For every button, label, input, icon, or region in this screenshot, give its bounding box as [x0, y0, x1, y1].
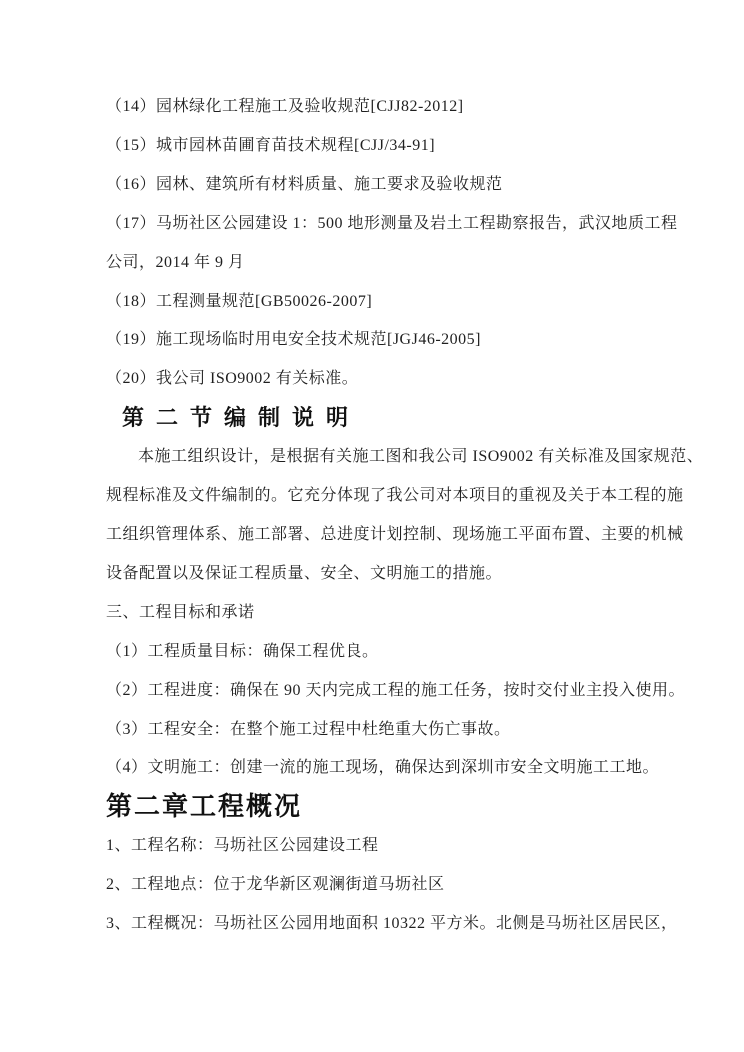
chapter-heading-project-overview: 第二章工程概况 [106, 788, 632, 827]
doc-line-ref-19: （19）施工现场临时用电安全技术规范[JGJ46-2005] [106, 321, 632, 360]
doc-line-goal-2: （2）工程进度：确保在 90 天内完成工程的施工任务，按时交付业主投入使用。 [106, 672, 632, 711]
doc-paragraph-line: 设备配置以及保证工程质量、安全、文明施工的措施。 [106, 555, 632, 594]
document-body: （14）园林绿化工程施工及验收规范[CJJ82-2012] （15）城市园林苗圃… [106, 88, 632, 944]
doc-paragraph-line: 规程标准及文件编制的。它充分体现了我公司对本项目的重视及关于本工程的施 [106, 477, 632, 516]
doc-line-ref-14: （14）园林绿化工程施工及验收规范[CJJ82-2012] [106, 88, 632, 127]
doc-line-goal-1: （1）工程质量目标：确保工程优良。 [106, 633, 632, 672]
doc-line-goal-4: （4）文明施工：创建一流的施工现场，确保达到深圳市安全文明施工工地。 [106, 749, 632, 788]
doc-line-ref-18: （18）工程测量规范[GB50026-2007] [106, 283, 632, 322]
doc-line-ref-17: （17）马坜社区公园建设 1：500 地形测量及岩土工程勘察报告，武汉地质工程 [106, 205, 632, 244]
doc-line-project-overview: 3、工程概况：马坜社区公园用地面积 10322 平方米。北侧是马坜社区居民区， [106, 905, 632, 944]
doc-subsection-goals-title: 三、工程目标和承诺 [106, 594, 632, 633]
doc-paragraph-line: 工组织管理体系、施工部署、总进度计划控制、现场施工平面布置、主要的机械 [106, 516, 632, 555]
doc-line-goal-3: （3）工程安全：在整个施工过程中杜绝重大伤亡事故。 [106, 711, 632, 750]
doc-line-ref-16: （16）园林、建筑所有材料质量、施工要求及验收规范 [106, 166, 632, 205]
section-heading-compilation-notes: 第二节编制说明 [106, 399, 632, 438]
doc-line-project-location: 2、工程地点：位于龙华新区观澜街道马坜社区 [106, 866, 632, 905]
doc-line-ref-20: （20）我公司 ISO9002 有关标准。 [106, 360, 632, 399]
document-page: （14）园林绿化工程施工及验收规范[CJJ82-2012] （15）城市园林苗圃… [0, 0, 744, 1052]
doc-line-project-name: 1、工程名称：马坜社区公园建设工程 [106, 827, 632, 866]
doc-line-ref-17-continuation: 公司，2014 年 9 月 [106, 244, 632, 283]
doc-line-ref-15: （15）城市园林苗圃育苗技术规程[CJJ/34-91] [106, 127, 632, 166]
doc-paragraph-line: 本施工组织设计，是根据有关施工图和我公司 ISO9002 有关标准及国家规范、 [106, 438, 632, 477]
